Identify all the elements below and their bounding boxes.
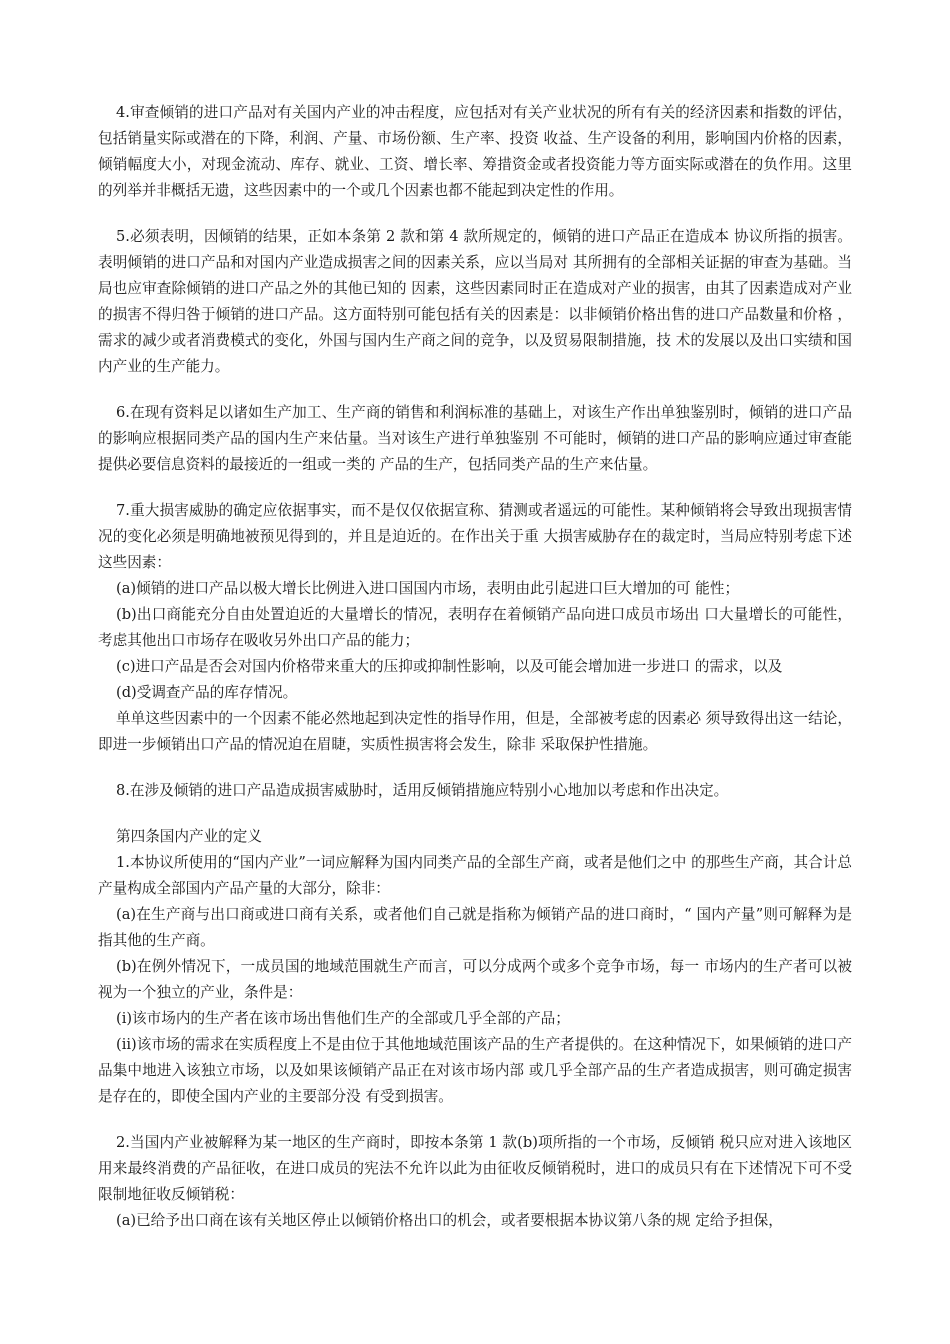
article-4-heading: 第四条国内产业的定义 [98,824,852,850]
item-7c: (c)进口产品是否会对国内价格带来重大的压抑或抑制性影响，以及可能会增加进一步进… [98,654,852,680]
paragraph-8: 8.在涉及倾销的进口产品造成损害威胁时，适用反倾销措施应特别小心地加以考虑和作出… [98,778,852,804]
item-7a: (a)倾销的进口产品以极大增长比例进入进口国国内市场，表明由此引起进口巨大增加的… [98,576,852,602]
article-4-item-1b-ii: (ii)该市场的需求在实质程度上不是由位于其他地域范围该产品的生产者提供的。在这… [98,1032,852,1110]
article-4-paragraph-1: 1.本协议所使用的“国内产业”一词应解释为国内同类产品的全部生产商，或者是他们之… [98,850,852,902]
document-page: 4.审查倾销的进口产品对有关国内产业的冲击程度，应包括对有关产业状况的所有有关的… [98,100,852,1234]
paragraph-7: 7.重大损害威胁的确定应依据事实，而不是仅仅依据宣称、猜测或者遥远的可能性。某种… [98,498,852,576]
paragraph-5: 5.必须表明，因倾销的结果，正如本条第 2 款和第 4 款所规定的，倾销的进口产… [98,224,852,380]
paragraph-4: 4.审查倾销的进口产品对有关国内产业的冲击程度，应包括对有关产业状况的所有有关的… [98,100,852,204]
paragraph-7-conclusion: 单单这些因素中的一个因素不能必然地起到决定性的指导作用，但是，全部被考虑的因素必… [98,706,852,758]
item-7d: (d)受调查产品的库存情况。 [98,680,852,706]
article-4-item-1b: (b)在例外情况下，一成员国的地域范围就生产而言，可以分成两个或多个竞争市场，每… [98,954,852,1006]
article-4-item-2a: (a)已给予出口商在该有关地区停止以倾销价格出口的机会，或者要根据本协议第八条的… [98,1208,852,1234]
paragraph-6: 6.在现有资料足以诸如生产加工、生产商的销售和利润标准的基础上，对该生产作出单独… [98,400,852,478]
item-7b: (b)出口商能充分自由处置迫近的大量增长的情况，表明存在着倾销产品向进口成员市场… [98,602,852,654]
article-4-paragraph-2: 2.当国内产业被解释为某一地区的生产商时，即按本条第 1 款(b)项所指的一个市… [98,1130,852,1208]
article-4-item-1b-i: (i)该市场内的生产者在该市场出售他们生产的全部或几乎全部的产品； [98,1006,852,1032]
article-4-item-1a: (a)在生产商与出口商或进口商有关系，或者他们自己就是指称为倾销产品的进口商时，… [98,902,852,954]
